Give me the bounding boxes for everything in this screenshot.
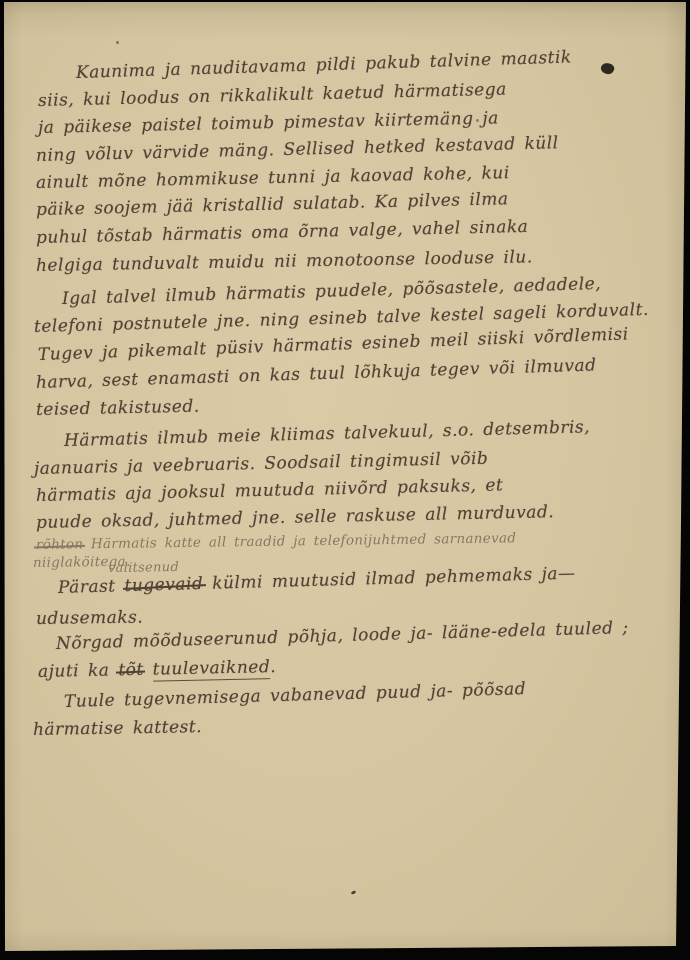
crossed-out-word: tõt — [118, 660, 144, 681]
ink-smudge — [599, 61, 615, 76]
handwritten-line: Härmatis ilmub meie kliimas talvekuul, s… — [64, 416, 591, 452]
handwritten-line: helgiga tunduvalt muidu nii monotoonse l… — [36, 246, 533, 277]
paper-speck — [351, 890, 357, 895]
handwritten-line: Tuule tugevnemisega vabanevad puud ja- p… — [64, 678, 527, 713]
crossed-out-word: tugevaid — [124, 574, 203, 596]
handwritten-line: ja päikese paistel toimub pimestav kiirt… — [38, 107, 499, 139]
underlined-word: tuulevaikned — [152, 657, 270, 681]
paper-speck — [116, 41, 119, 44]
line-text: . — [270, 657, 276, 677]
paper-speck — [476, 119, 479, 122]
handwritten-line: ajuti ka tõt tuulevaikned. — [38, 656, 277, 683]
handwritten-line: päike soojem jää kristallid sulatab. Ka … — [36, 188, 509, 221]
scanned-document: Kaunima ja nauditavama pildi pakub talvi… — [0, 0, 690, 960]
handwritten-line: teised takistused. — [36, 396, 200, 421]
handwritten-line: jaanuaris ja veebruaris. Soodsail tingim… — [34, 448, 489, 480]
pencil-note-text: Härmatis katte all traadid ja telefoniju… — [91, 530, 517, 552]
manuscript-page: Kaunima ja nauditavama pildi pakub talvi… — [0, 0, 690, 960]
line-text: külmi muutusid ilmad pehmemaks ja— — [212, 564, 576, 594]
line-text: Pärast — [58, 576, 116, 598]
line-text: ajuti ka — [38, 661, 110, 682]
handwritten-line: udusemaks. — [36, 607, 144, 630]
handwritten-line: härmatis aja jooksul muutuda niivõrd pak… — [36, 474, 504, 507]
handwritten-line: härmatise kattest. — [33, 716, 202, 741]
handwritten-line: puhul tõstab härmatis oma õrna valge, va… — [36, 216, 529, 249]
handwritten-line: siis, kui loodus on rikkalikult kaetud h… — [38, 79, 507, 112]
